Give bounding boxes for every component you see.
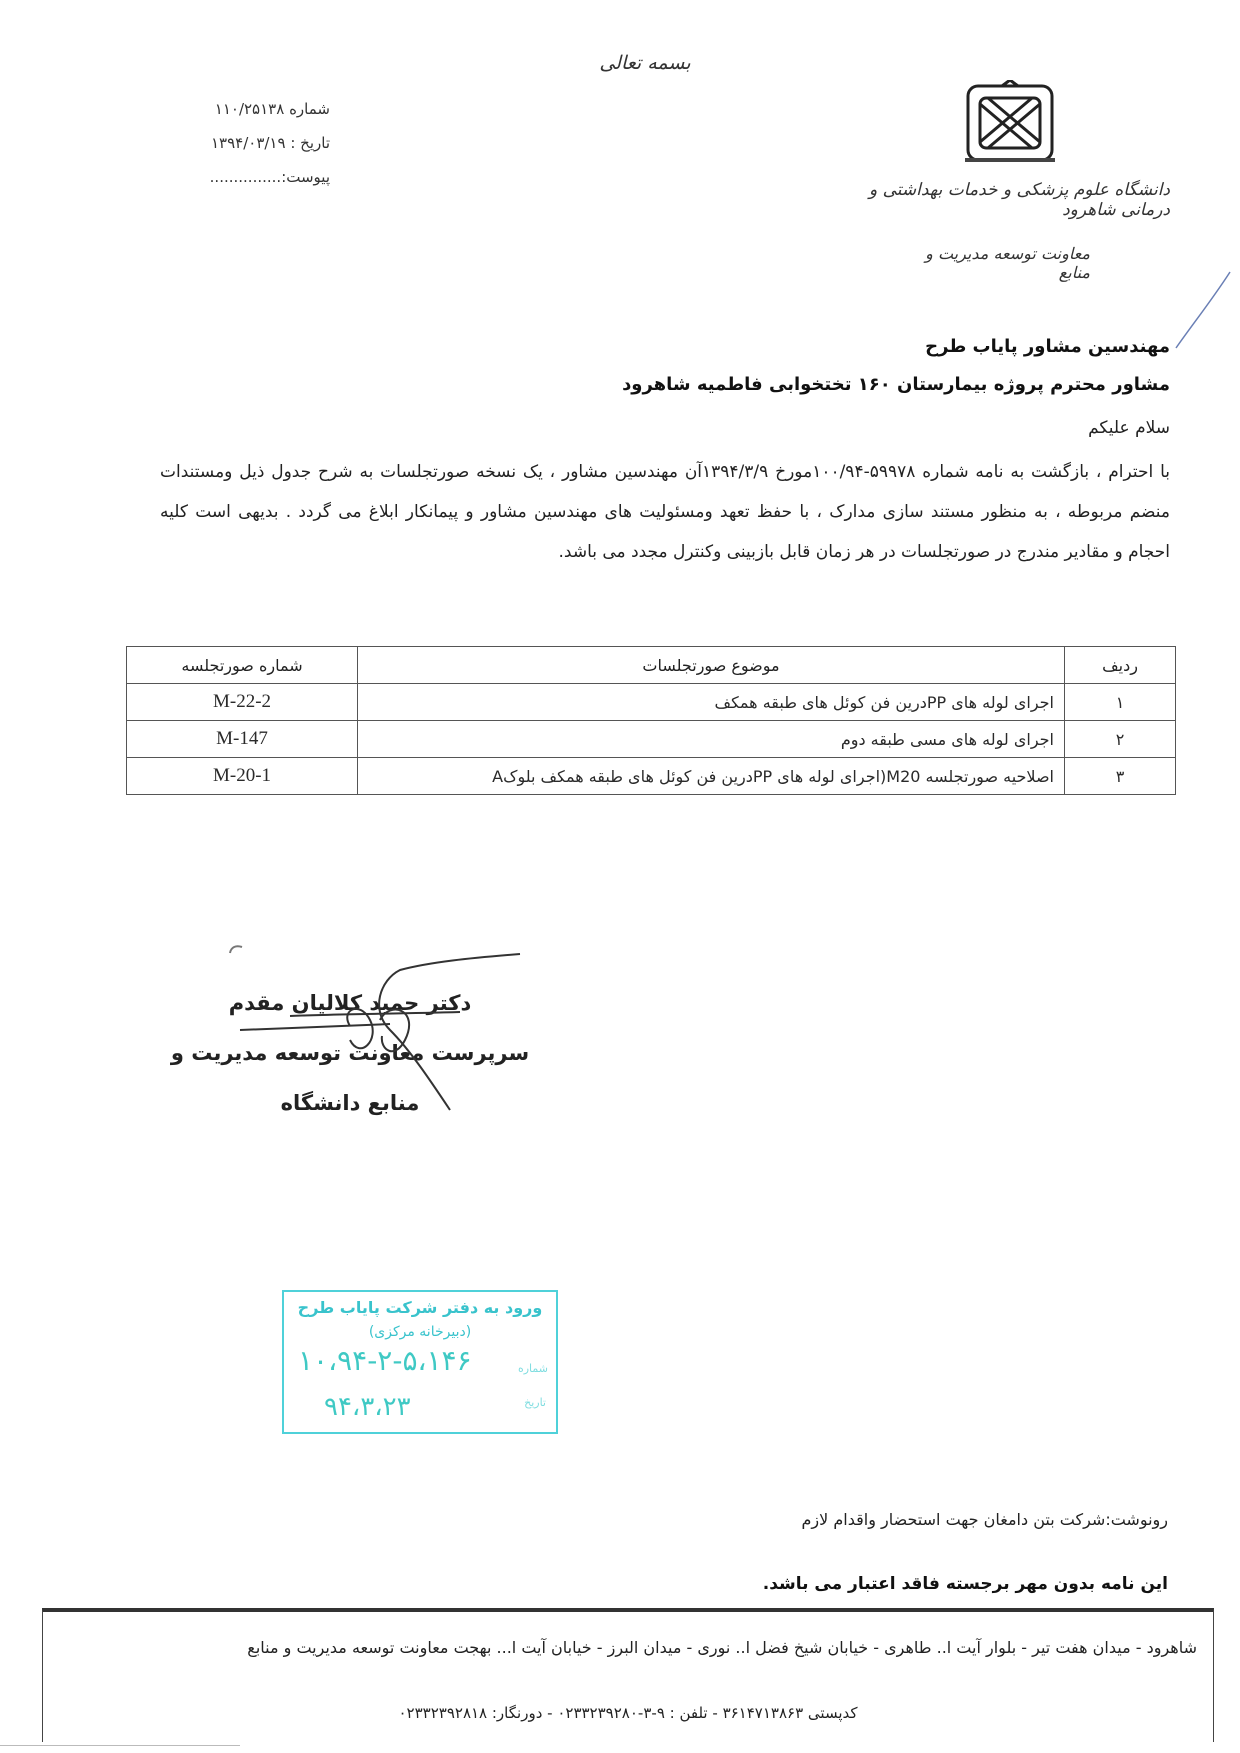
addressee-role: مشاور محترم پروژه بیمارستان ۱۶۰ تختخوابی… [622,374,1170,395]
handwritten-signature [230,940,530,1120]
pen-stroke-mark [1172,270,1232,350]
table-header-row: ردیف موضوع صورتجلسات شماره صورتجلسه [127,647,1176,684]
greeting: سلام علیکم [1088,418,1170,438]
letter-date-label: تاریخ : [290,134,330,152]
department-name: معاونت توسعه مدیریت و منابع [900,244,1090,282]
footer: شاهرود - میدان هفت تیر - بلوار آیت ا.. ط… [42,1608,1214,1742]
row-subject: اجرای لوله های مسی طبقه دوم [358,721,1065,758]
table-row: ۱ اجرای لوله های PPدرین فن کوئل های طبقه… [127,684,1176,721]
university-logo-icon [962,80,1058,166]
row-subject: اصلاحیه صورتجلسه M20(اجرای لوله های PPدر… [358,758,1065,795]
invocation-heading: بسمه تعالی [580,52,710,74]
scan-edge-line [0,1745,240,1746]
stamp-subtitle: (دبیرخانه مرکزی) [292,1324,548,1340]
row-number: ۳ [1065,758,1176,795]
minutes-table: ردیف موضوع صورتجلسات شماره صورتجلسه ۱ اج… [126,646,1176,795]
letter-meta: شماره ۱۱۰/۲۵۱۳۸ تاریخ : ۱۳۹۴/۰۳/۱۹ پیوست… [140,92,330,194]
table-row: ۲ اجرای لوله های مسی طبقه دوم M-147 [127,721,1176,758]
letter-date: تاریخ : ۱۳۹۴/۰۳/۱۹ [140,126,330,160]
letter-number-label: شماره [289,100,330,118]
footer-contact: کدپستی ۳۶۱۴۷۱۳۸۶۳ - تلفن : ۹-۳-۰۲۳۳۲۳۹۲۸… [43,1704,1213,1722]
stamp-date-label: تاریخ [524,1396,546,1409]
university-name: دانشگاه علوم پزشکی و خدمات بهداشتی و درم… [840,180,1170,220]
validity-note: این نامه بدون مهر برجسته فاقد اعتبار می … [763,1574,1168,1594]
letter-date-value: ۱۳۹۴/۰۳/۱۹ [211,134,286,152]
receipt-stamp: ورود به دفتر شرکت پایاب طرح (دبیرخانه مر… [282,1290,558,1434]
row-number: ۱ [1065,684,1176,721]
letter-attachment: پیوست:............... [140,160,330,194]
stamp-number-label: شماره [518,1362,548,1375]
row-code: M-147 [127,721,358,758]
row-number: ۲ [1065,721,1176,758]
header-subject: موضوع صورتجلسات [358,647,1065,684]
header-row-number: ردیف [1065,647,1176,684]
stamp-title: ورود به دفتر شرکت پایاب طرح [292,1298,548,1317]
carbon-copy: رونوشت:شرکت بتن دامغان جهت استحضار واقدا… [802,1510,1169,1529]
footer-address: شاهرود - میدان هفت تیر - بلوار آیت ا.. ط… [247,1638,1197,1657]
attachment-label: پیوست: [281,168,330,186]
stamp-date: ۹۴،۳،۲۳ [324,1392,411,1422]
attachment-value: ............... [210,168,282,186]
row-code: M-20-1 [127,758,358,795]
stamp-number: ۱۰،۹۴-۲-۵،۱۴۶ [298,1344,472,1377]
table-row: ۳ اصلاحیه صورتجلسه M20(اجرای لوله های PP… [127,758,1176,795]
letter-number-value: ۱۱۰/۲۵۱۳۸ [215,100,285,118]
row-subject: اجرای لوله های PPدرین فن کوئل های طبقه ه… [358,684,1065,721]
letter-body: با احترام ، بازگشت به نامه شماره ۵۹۹۷۸-۱… [160,452,1170,572]
letter-number: شماره ۱۱۰/۲۵۱۳۸ [140,92,330,126]
addressee-company: مهندسین مشاور پایاب طرح [925,336,1170,357]
row-code: M-22-2 [127,684,358,721]
header-code: شماره صورتجلسه [127,647,358,684]
